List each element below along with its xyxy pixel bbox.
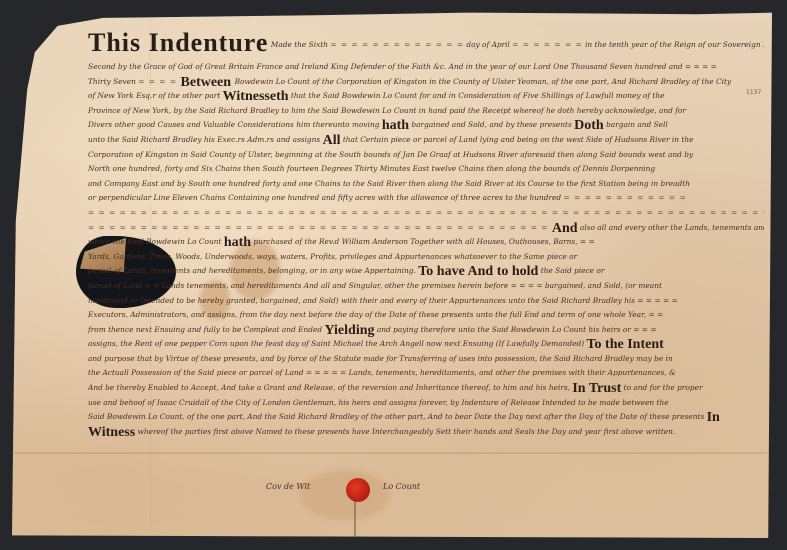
body-text: that Certain piece or parcel of Land lyi… <box>340 135 693 144</box>
document-line: parcel of Land = = Lands tenements, and … <box>88 279 764 294</box>
body-text: in the tenth year of the Reign of our So… <box>583 40 764 49</box>
signature-block: Cov de Wit Lo Count <box>258 478 518 502</box>
document-line: from thence next Ensuing and fully to be… <box>88 323 764 338</box>
blackletter-keyword: hath <box>224 235 251 250</box>
blackletter-keyword: To have And to hold <box>418 264 538 279</box>
body-text: Province of New York, by the Said Richar… <box>88 106 686 115</box>
body-text: unto the Said Richard Bradley his Exec.r… <box>88 135 323 144</box>
body-text: And be thereby Enabled to Accept, And ta… <box>88 383 572 392</box>
body-text: assigns, the Rent of one pepper Corn upo… <box>88 339 587 348</box>
document-line: Thirty Seven = = = = Between Bowdewin Lo… <box>88 75 764 90</box>
document-line: mentioned or Intended to be hereby grant… <box>88 294 764 309</box>
body-text: from thence next Ensuing and fully to be… <box>88 325 324 334</box>
document-line: North one hundred, forty and Six Chains … <box>88 162 764 177</box>
body-text: or perpendicular Line Eleven Chains Cont… <box>88 193 563 202</box>
body-text: parcel of Lands, tenements and hereditam… <box>88 266 418 275</box>
body-text: and Company East and by South one hundre… <box>88 179 690 188</box>
body-text: Yards, Gardens, Trees, Woods, Underwoods… <box>88 252 577 261</box>
document-line: unto the Said Richard Bradley his Exec.r… <box>88 133 764 148</box>
line-filler: = = = = = = = = = = = = = = = = = = = = … <box>88 223 552 232</box>
body-text: also all and every other the Lands, tene… <box>578 223 764 232</box>
document-line: = = = = = = = = = = = = = = = = = = = = … <box>88 221 764 236</box>
document-line: which the Said Bowdewin Lo Count hath pu… <box>88 235 764 250</box>
line-filler: = = = = = = = = = = = = <box>563 193 686 202</box>
line-filler: = = = = = = = <box>512 40 582 49</box>
body-text: bargain and Sell <box>604 120 668 129</box>
signature-right: Lo Count <box>383 482 420 491</box>
blackletter-keyword: To the Intent <box>587 337 664 352</box>
document-line: Executors, Administrators, and assigns, … <box>88 308 764 323</box>
body-text: Second by the Grace of God of Great Brit… <box>88 62 717 71</box>
document-line: Witness whereof the parties first above … <box>88 425 764 440</box>
body-text: Bowdewin Lo Count of the Corporation of … <box>235 77 732 86</box>
body-text: that the Said Bowdewin Lo Count for and … <box>289 91 665 100</box>
body-text: use and behoof of Isaac Cruidall of the … <box>88 398 669 407</box>
signature-left: Cov de Wit <box>266 482 310 491</box>
body-text: Divers other good Causes and Valuable Co… <box>88 120 382 129</box>
document-line: Yards, Gardens, Trees, Woods, Underwoods… <box>88 250 764 265</box>
document-line: or perpendicular Line Eleven Chains Cont… <box>88 191 764 206</box>
body-text: parcel of Land = = Lands tenements, and … <box>88 281 662 290</box>
blackletter-keyword: Doth <box>574 118 604 133</box>
blackletter-keyword: Witnesseth <box>223 89 289 104</box>
document-line: use and behoof of Isaac Cruidall of the … <box>88 396 764 411</box>
document-title: This Indenture <box>88 30 268 57</box>
line-filler: = = = = <box>138 77 177 86</box>
document-line: Second by the Grace of God of Great Brit… <box>88 60 764 75</box>
document-line: Corporation of Kingston in Said County o… <box>88 148 764 163</box>
body-text: Said Bowdewin Lo Count, of the one part,… <box>88 412 707 421</box>
document-line: parcel of Lands, tenements and hereditam… <box>88 264 764 279</box>
body-text: and purpose that by Virtue of these pres… <box>88 354 673 363</box>
blackletter-keyword: In Trust <box>572 381 621 396</box>
blackletter-keyword: hath <box>382 118 409 133</box>
document-line: This Indenture Made the Sixth = = = = = … <box>88 30 764 60</box>
document-line: Province of New York, by the Said Richar… <box>88 104 764 119</box>
line-filler: = = = = = = = = = = = = = <box>330 40 464 49</box>
body-text: the Said piece or <box>538 266 604 275</box>
body-text: to and for the proper <box>621 383 702 392</box>
body-text: the Actuall Possession of the Said piece… <box>88 368 676 377</box>
body-text: of New York Esq.r of the other part <box>88 91 223 100</box>
body-text: whereof the parties first above Named to… <box>135 427 675 436</box>
blackletter-keyword: Yielding <box>324 323 374 338</box>
body-text: North one hundred, forty and Six Chains … <box>88 164 655 173</box>
fold-line-horizontal <box>12 452 767 454</box>
document-line: = = = = = = = = = = = = = = = = = = = = … <box>88 206 764 221</box>
body-text: bargained and Sold, and by these present… <box>409 120 574 129</box>
blackletter-keyword: In <box>707 410 720 425</box>
document-line: assigns, the Rent of one pepper Corn upo… <box>88 337 764 352</box>
document-line: And be thereby Enabled to Accept, And ta… <box>88 381 764 396</box>
document-line: of New York Esq.r of the other part Witn… <box>88 89 764 104</box>
body-text: day of April <box>464 40 512 49</box>
body-text: Corporation of Kingston in Said County o… <box>88 150 693 159</box>
body-text: purchased of the Rev.d William Anderson … <box>251 237 595 246</box>
body-text: Thirty Seven <box>88 77 138 86</box>
body-text: mentioned or Intended to be hereby grant… <box>88 296 678 305</box>
document-line: the Actuall Possession of the Said piece… <box>88 366 764 381</box>
blackletter-keyword: Witness <box>88 425 135 440</box>
blackletter-keyword: Between <box>177 75 235 90</box>
seal-ribbon <box>354 500 356 538</box>
body-text: and paying therefore unto the Said Bowde… <box>375 325 657 334</box>
document-line: and purpose that by Virtue of these pres… <box>88 352 764 367</box>
blackletter-keyword: All <box>323 133 341 148</box>
blackletter-keyword: And <box>552 221 578 236</box>
body-text: which the Said Bowdewin Lo Count <box>88 237 224 246</box>
line-filler: = = = = = = = = = = = = = = = = = = = = … <box>88 208 764 217</box>
document-line: Divers other good Causes and Valuable Co… <box>88 118 764 133</box>
document-line: Said Bowdewin Lo Count, of the one part,… <box>88 410 764 425</box>
indenture-text: This Indenture Made the Sixth = = = = = … <box>88 30 764 439</box>
body-text: Made the Sixth <box>268 40 330 49</box>
document-line: and Company East and by South one hundre… <box>88 177 764 192</box>
wax-seal <box>346 478 370 502</box>
body-text: Executors, Administrators, and assigns, … <box>88 310 663 319</box>
